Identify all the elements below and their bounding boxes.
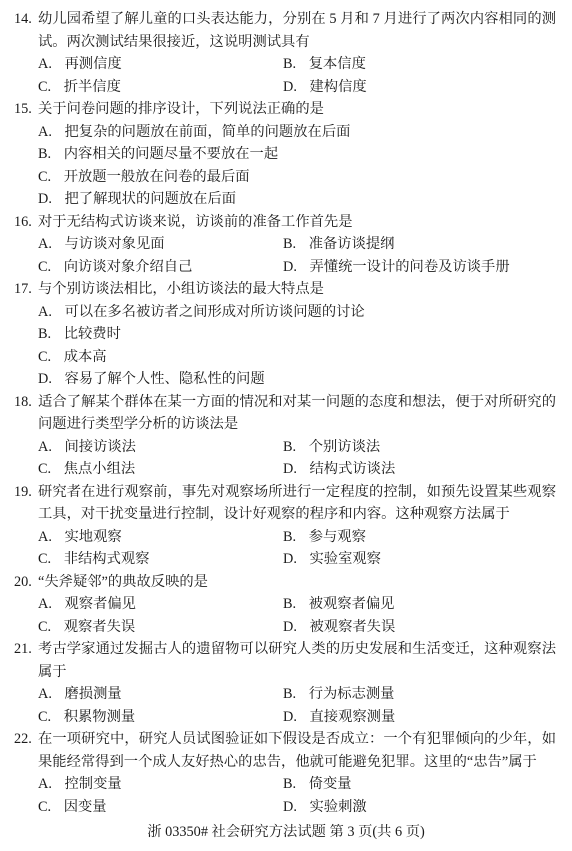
question-head: 22. 在一项研究中，研究人员试图验证如下假设是否成立：一个有犯罪倾向的少年，如… — [14, 728, 556, 773]
question-22-option-B: B. 倚变量 — [283, 773, 556, 796]
option-label: C. — [38, 616, 51, 639]
option-label: C. — [38, 458, 51, 481]
option-text: 把复杂的问题放在前面，简单的问题放在后面 — [64, 124, 350, 140]
option-label: A. — [38, 436, 52, 459]
option-label: B. — [283, 436, 296, 459]
option-label: A. — [38, 233, 52, 256]
question-18: 18. 适合了解某个群体在某一方面的情况和对某一问题的态度和想法，便于对所研究的… — [14, 391, 556, 481]
question-stem: 适合了解某个群体在某一方面的情况和对某一问题的态度和想法，便于对所研究的问题进行… — [38, 391, 556, 436]
option-label: A. — [38, 53, 52, 76]
question-options: A. 可以在多名被访者之间形成对所访谈问题的讨论 B. 比较费时 C. 成本高 … — [38, 301, 556, 391]
question-21-option-D: D. 直接观察测量 — [283, 706, 556, 729]
question-22-option-D: D. 实验刺激 — [283, 796, 556, 819]
question-stem: 幼儿园希望了解儿童的口头表达能力，分别在 5 月和 7 月进行了两次内容相同的测… — [38, 8, 556, 53]
option-text: 积累物测量 — [64, 709, 135, 725]
option-text: 倚变量 — [309, 776, 352, 792]
option-text: 实地观察 — [64, 529, 121, 545]
question-number: 20. — [14, 571, 38, 594]
question-head: 19. 研究者在进行观察前，事先对观察场所进行一定程度的控制，如预先设置某些观察… — [14, 481, 556, 526]
option-label: D. — [283, 76, 297, 99]
question-options: A. 实地观察 B. 参与观察 C. 非结构式观察 D. 实验室观察 — [38, 526, 556, 571]
question-18-option-B: B. 个别访谈法 — [283, 436, 556, 459]
option-label: B. — [38, 143, 51, 166]
question-options: A. 间接访谈法 B. 个别访谈法 C. 焦点小组法 D. 结构式访谈法 — [38, 436, 556, 481]
option-label: B. — [283, 683, 296, 706]
option-text: 磨损测量 — [64, 686, 121, 702]
option-text: 因变量 — [64, 799, 107, 815]
option-text: 个别访谈法 — [309, 439, 380, 455]
option-label: C. — [38, 346, 51, 369]
exam-page: 14. 幼儿园希望了解儿童的口头表达能力，分别在 5 月和 7 月进行了两次内容… — [0, 0, 572, 851]
question-17: 17. 与个别访谈法相比，小组访谈法的最大特点是 A. 可以在多名被访者之间形成… — [14, 278, 556, 391]
option-text: 实验室观察 — [309, 551, 380, 567]
question-19-option-A: A. 实地观察 — [38, 526, 283, 549]
option-label: A. — [38, 301, 52, 324]
question-19: 19. 研究者在进行观察前，事先对观察场所进行一定程度的控制，如预先设置某些观察… — [14, 481, 556, 571]
option-text: 间接访谈法 — [64, 439, 135, 455]
option-label: D. — [283, 796, 297, 819]
question-16-option-D: D. 弄懂统一设计的问卷及访谈手册 — [283, 256, 556, 279]
option-text: 参与观察 — [309, 529, 366, 545]
question-number: 22. — [14, 728, 38, 751]
option-text: 复本信度 — [309, 56, 366, 72]
question-stem: 对于无结构式访谈来说，访谈前的准备工作首先是 — [38, 211, 556, 234]
question-head: 14. 幼儿园希望了解儿童的口头表达能力，分别在 5 月和 7 月进行了两次内容… — [14, 8, 556, 53]
question-options: A. 再测信度 B. 复本信度 C. 折半信度 D. 建构信度 — [38, 53, 556, 98]
option-label: C. — [38, 548, 51, 571]
option-label: C. — [38, 796, 51, 819]
question-head: 15. 关于问卷问题的排序设计，下列说法正确的是 — [14, 98, 556, 121]
question-stem: 在一项研究中，研究人员试图验证如下假设是否成立：一个有犯罪倾向的少年，如果能经常… — [38, 728, 556, 773]
question-18-option-C: C. 焦点小组法 — [38, 458, 283, 481]
option-label: D. — [38, 368, 52, 391]
option-text: 控制变量 — [64, 776, 121, 792]
question-stem: 与个别访谈法相比，小组访谈法的最大特点是 — [38, 278, 556, 301]
option-text: 内容相关的问题尽量不要放在一起 — [64, 146, 278, 162]
question-16-option-B: B. 准备访谈提纲 — [283, 233, 556, 256]
option-text: 观察者偏见 — [64, 596, 135, 612]
option-label: B. — [283, 526, 296, 549]
option-label: C. — [38, 166, 51, 189]
option-text: 结构式访谈法 — [309, 461, 395, 477]
question-list: 14. 幼儿园希望了解儿童的口头表达能力，分别在 5 月和 7 月进行了两次内容… — [14, 8, 556, 818]
option-label: D. — [283, 458, 297, 481]
option-text: 行为标志测量 — [309, 686, 395, 702]
question-15-option-B: B. 内容相关的问题尽量不要放在一起 — [38, 143, 556, 166]
question-17-option-D: D. 容易了解个人性、隐私性的问题 — [38, 368, 556, 391]
question-head: 16. 对于无结构式访谈来说，访谈前的准备工作首先是 — [14, 211, 556, 234]
question-17-option-C: C. 成本高 — [38, 346, 556, 369]
question-18-option-D: D. 结构式访谈法 — [283, 458, 556, 481]
option-text: 非结构式观察 — [64, 551, 150, 567]
option-label: D. — [283, 706, 297, 729]
option-text: 比较费时 — [64, 326, 121, 342]
question-20-option-D: D. 被观察者失误 — [283, 616, 556, 639]
option-text: 被观察者偏见 — [309, 596, 395, 612]
option-label: A. — [38, 526, 52, 549]
question-15-option-A: A. 把复杂的问题放在前面，简单的问题放在后面 — [38, 121, 556, 144]
question-stem: 研究者在进行观察前，事先对观察场所进行一定程度的控制，如预先设置某些观察工具，对… — [38, 481, 556, 526]
option-label: A. — [38, 773, 52, 796]
option-text: 建构信度 — [309, 79, 366, 95]
question-head: 18. 适合了解某个群体在某一方面的情况和对某一问题的态度和想法，便于对所研究的… — [14, 391, 556, 436]
question-22-option-A: A. 控制变量 — [38, 773, 283, 796]
option-text: 实验刺激 — [309, 799, 366, 815]
question-20-option-B: B. 被观察者偏见 — [283, 593, 556, 616]
question-number: 18. — [14, 391, 38, 414]
option-text: 折半信度 — [64, 79, 121, 95]
option-text: 再测信度 — [64, 56, 121, 72]
option-text: 准备访谈提纲 — [309, 236, 395, 252]
question-18-option-A: A. 间接访谈法 — [38, 436, 283, 459]
option-text: 开放题一般放在问卷的最后面 — [64, 169, 250, 185]
question-14-option-B: B. 复本信度 — [283, 53, 556, 76]
option-label: B. — [38, 323, 51, 346]
question-stem: “失斧疑邻”的典故反映的是 — [38, 571, 556, 594]
option-text: 可以在多名被访者之间形成对所访谈问题的讨论 — [64, 304, 364, 320]
option-text: 观察者失误 — [64, 619, 135, 635]
question-21: 21. 考古学家通过发掘古人的遗留物可以研究人类的历史发展和生活变迁，这种观察法… — [14, 638, 556, 728]
question-15: 15. 关于问卷问题的排序设计，下列说法正确的是 A. 把复杂的问题放在前面，简… — [14, 98, 556, 211]
question-16: 16. 对于无结构式访谈来说，访谈前的准备工作首先是 A. 与访谈对象见面 B.… — [14, 211, 556, 279]
question-stem: 考古学家通过发掘古人的遗留物可以研究人类的历史发展和生活变迁，这种观察法属于 — [38, 638, 556, 683]
page-footer: 浙 03350# 社会研究方法试题 第 3 页(共 6 页) — [0, 822, 572, 842]
option-label: B. — [283, 233, 296, 256]
question-20-option-A: A. 观察者偏见 — [38, 593, 283, 616]
question-16-option-C: C. 向访谈对象介绍自己 — [38, 256, 283, 279]
question-21-option-C: C. 积累物测量 — [38, 706, 283, 729]
option-label: D. — [283, 548, 297, 571]
question-number: 16. — [14, 211, 38, 234]
option-text: 容易了解个人性、隐私性的问题 — [64, 371, 264, 387]
option-text: 把了解现状的问题放在后面 — [64, 191, 236, 207]
question-options: A. 与访谈对象见面 B. 准备访谈提纲 C. 向访谈对象介绍自己 D. 弄懂统… — [38, 233, 556, 278]
option-text: 与访谈对象见面 — [64, 236, 164, 252]
question-19-option-D: D. 实验室观察 — [283, 548, 556, 571]
question-stem: 关于问卷问题的排序设计，下列说法正确的是 — [38, 98, 556, 121]
option-label: D. — [283, 256, 297, 279]
option-label: A. — [38, 121, 52, 144]
question-14-option-D: D. 建构信度 — [283, 76, 556, 99]
question-head: 20. “失斧疑邻”的典故反映的是 — [14, 571, 556, 594]
question-options: A. 磨损测量 B. 行为标志测量 C. 积累物测量 D. 直接观察测量 — [38, 683, 556, 728]
question-number: 21. — [14, 638, 38, 661]
question-options: A. 把复杂的问题放在前面，简单的问题放在后面 B. 内容相关的问题尽量不要放在… — [38, 121, 556, 211]
question-14-option-A: A. 再测信度 — [38, 53, 283, 76]
question-head: 17. 与个别访谈法相比，小组访谈法的最大特点是 — [14, 278, 556, 301]
option-label: A. — [38, 683, 52, 706]
question-22-option-C: C. 因变量 — [38, 796, 283, 819]
question-14: 14. 幼儿园希望了解儿童的口头表达能力，分别在 5 月和 7 月进行了两次内容… — [14, 8, 556, 98]
option-label: B. — [283, 53, 296, 76]
question-17-option-B: B. 比较费时 — [38, 323, 556, 346]
question-number: 17. — [14, 278, 38, 301]
question-22: 22. 在一项研究中，研究人员试图验证如下假设是否成立：一个有犯罪倾向的少年，如… — [14, 728, 556, 818]
question-number: 14. — [14, 8, 38, 31]
option-text: 直接观察测量 — [309, 709, 395, 725]
question-21-option-A: A. 磨损测量 — [38, 683, 283, 706]
question-15-option-C: C. 开放题一般放在问卷的最后面 — [38, 166, 556, 189]
question-head: 21. 考古学家通过发掘古人的遗留物可以研究人类的历史发展和生活变迁，这种观察法… — [14, 638, 556, 683]
question-options: A. 控制变量 B. 倚变量 C. 因变量 D. 实验刺激 — [38, 773, 556, 818]
option-label: C. — [38, 76, 51, 99]
option-label: D. — [38, 188, 52, 211]
option-label: B. — [283, 773, 296, 796]
question-17-option-A: A. 可以在多名被访者之间形成对所访谈问题的讨论 — [38, 301, 556, 324]
question-number: 19. — [14, 481, 38, 504]
option-text: 焦点小组法 — [64, 461, 135, 477]
option-label: C. — [38, 256, 51, 279]
option-text: 弄懂统一设计的问卷及访谈手册 — [309, 259, 509, 275]
question-options: A. 观察者偏见 B. 被观察者偏见 C. 观察者失误 D. 被观察者失误 — [38, 593, 556, 638]
option-label: D. — [283, 616, 297, 639]
question-19-option-B: B. 参与观察 — [283, 526, 556, 549]
question-20-option-C: C. 观察者失误 — [38, 616, 283, 639]
option-label: B. — [283, 593, 296, 616]
option-label: C. — [38, 706, 51, 729]
option-text: 成本高 — [64, 349, 107, 365]
option-text: 被观察者失误 — [309, 619, 395, 635]
question-16-option-A: A. 与访谈对象见面 — [38, 233, 283, 256]
question-number: 15. — [14, 98, 38, 121]
question-20: 20. “失斧疑邻”的典故反映的是 A. 观察者偏见 B. 被观察者偏见 C. … — [14, 571, 556, 639]
option-label: A. — [38, 593, 52, 616]
question-15-option-D: D. 把了解现状的问题放在后面 — [38, 188, 556, 211]
question-21-option-B: B. 行为标志测量 — [283, 683, 556, 706]
question-14-option-C: C. 折半信度 — [38, 76, 283, 99]
question-19-option-C: C. 非结构式观察 — [38, 548, 283, 571]
option-text: 向访谈对象介绍自己 — [64, 259, 193, 275]
